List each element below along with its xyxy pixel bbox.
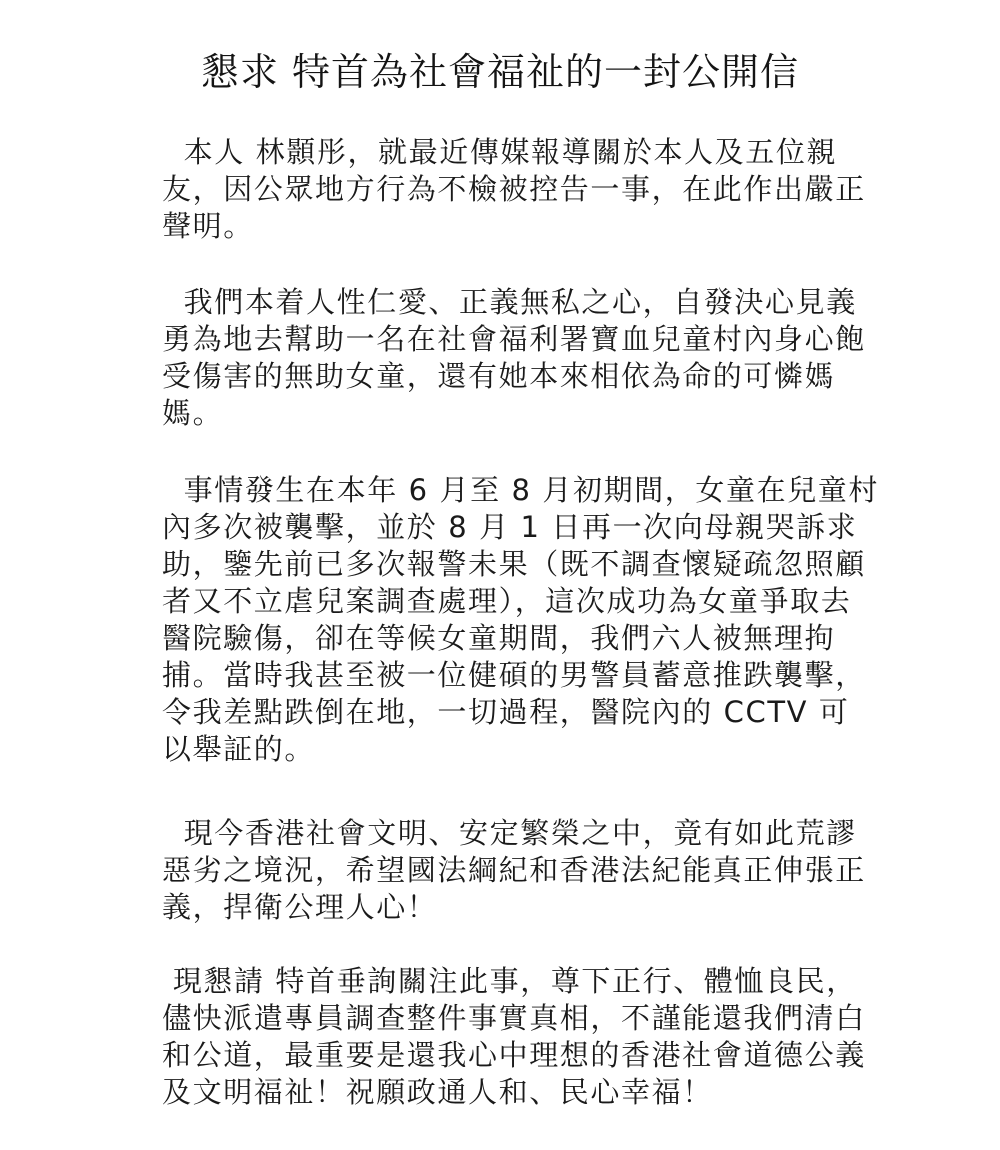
text-line: 現今香港社會文明、安定繁榮之中，竟有如此荒謬 — [162, 815, 852, 852]
text-line: 和公道，最重要是還我心中理想的香港社會道德公義 — [162, 1037, 852, 1074]
text-line: 本人 林顥彤，就最近傳媒報導關於本人及五位親 — [162, 134, 852, 171]
text-line: 媽。 — [162, 395, 852, 432]
text-line: 事情發生在本年 6 月至 8 月初期間，女童在兒童村 — [162, 472, 852, 509]
text-line: 令我差點跌倒在地，一切過程，醫院內的 CCTV 可 — [162, 694, 852, 731]
text-line: 內多次被襲擊，並於 8 月 1 日再一次向母親哭訴求 — [162, 509, 852, 546]
text-line: 勇為地去幫助一名在社會福利署寶血兒童村內身心飽 — [162, 321, 852, 358]
text-line: 助，鑒先前已多次報警未果（既不調查懷疑疏忽照顧 — [162, 546, 852, 583]
paragraph-incident: 事情發生在本年 6 月至 8 月初期間，女童在兒童村 內多次被襲擊，並於 8 月… — [162, 472, 852, 768]
paragraph-request: 現懇請 特首垂詢關注此事，尊下正行、體恤良民， 儘快派遣專員調查整件事實真相，不… — [162, 963, 852, 1111]
text-line: 及文明福祉！祝願政通人和、民心幸福！ — [162, 1074, 852, 1111]
text-line: 者又不立虐兒案調查處理），這次成功為女童爭取去 — [162, 583, 852, 620]
text-line: 現懇請 特首垂詢關注此事，尊下正行、體恤良民， — [162, 963, 852, 1000]
paragraph-statement: 本人 林顥彤，就最近傳媒報導關於本人及五位親 友，因公眾地方行為不檢被控告一事，… — [162, 134, 852, 245]
paragraph-appeal-justice: 現今香港社會文明、安定繁榮之中，竟有如此荒謬 惡劣之境況，希望國法綱紀和香港法紀… — [162, 815, 852, 926]
text-line: 友，因公眾地方行為不檢被控告一事，在此作出嚴正 — [162, 171, 852, 208]
text-line: 我們本着人性仁愛、正義無私之心，自發決心見義 — [162, 284, 852, 321]
text-line: 捕。當時我甚至被一位健碩的男警員蓄意推跌襲擊， — [162, 657, 852, 694]
text-line: 惡劣之境況，希望國法綱紀和香港法紀能真正伸張正 — [162, 852, 852, 889]
text-line: 儘快派遣專員調查整件事實真相，不謹能還我們清白 — [162, 1000, 852, 1037]
text-line: 義，捍衛公理人心！ — [162, 889, 852, 926]
text-line: 以舉証的。 — [162, 731, 852, 768]
text-line: 受傷害的無助女童，還有她本來相依為命的可憐媽 — [162, 358, 852, 395]
text-line: 聲明。 — [162, 208, 852, 245]
paragraph-motivation: 我們本着人性仁愛、正義無私之心，自發決心見義 勇為地去幫助一名在社會福利署寶血兒… — [162, 284, 852, 432]
letter-title: 懇求 特首為社會福祉的一封公開信 — [0, 46, 1000, 98]
text-line: 醫院驗傷，卻在等候女童期間，我們六人被無理拘 — [162, 620, 852, 657]
